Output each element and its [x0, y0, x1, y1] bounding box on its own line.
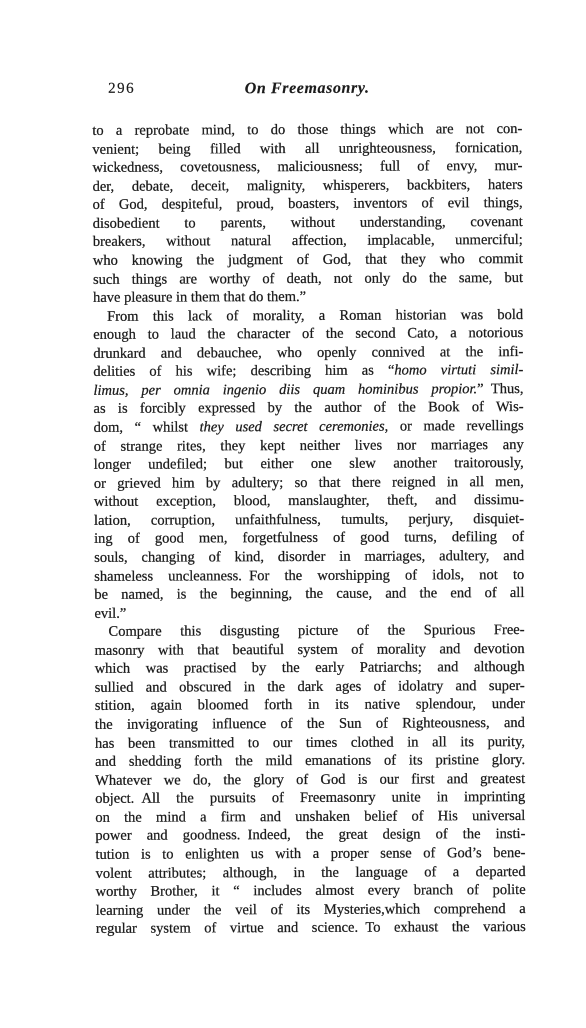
text-line: such things are worthy of death, not onl… — [93, 268, 523, 288]
text-line: or grieved him by adultery; so that ther… — [94, 473, 524, 493]
text-segment: object. All the pursuits of Freemasonry … — [95, 789, 525, 807]
text-line: Compare this disgusting picture of the S… — [94, 621, 524, 641]
book-page: 296 On Freemasonry. to a reprobate mind,… — [0, 0, 586, 1028]
text-line: as is forcibly expressed by the author o… — [94, 398, 524, 418]
text-line: have pleasure in them that do them.” — [93, 287, 523, 307]
text-line: worthy Brother, it “ includes almost eve… — [96, 881, 526, 901]
text-segment: have pleasure in them that do them.” — [93, 289, 306, 306]
text-line: souls, changing of kind, disorder in mar… — [94, 547, 524, 567]
text-segment: From this lack of morality, a Roman hist… — [107, 307, 523, 325]
text-line: venient; being filled with all unrighteo… — [92, 139, 522, 159]
text-line: without exception, blood, manslaughter, … — [94, 491, 524, 511]
text-segment: of God, despiteful, proud, boasters, inv… — [93, 195, 523, 213]
italic-text-segment: limus, per omnia ingenio diis quam homin… — [93, 381, 477, 399]
text-line: volent attributes; although, in the lang… — [96, 862, 526, 882]
page-header: 296 On Freemasonry. — [92, 77, 522, 105]
text-segment: as is forcibly expressed by the author o… — [94, 399, 524, 417]
text-segment: or grieved him by adultery; so that ther… — [94, 474, 524, 492]
text-line: tution is to enlighten us with a proper … — [95, 844, 525, 864]
text-segment: dom, “ whilst — [94, 419, 200, 435]
text-segment: disobedient to parents, without understa… — [93, 214, 523, 232]
text-segment: masonry with that beautiful system of mo… — [95, 641, 525, 659]
text-segment: regular system of virtue and science. To… — [96, 919, 526, 937]
text-line: stition, again bloomed forth in its nati… — [95, 695, 525, 715]
text-segment: ” Thus, — [477, 381, 523, 397]
text-segment: breakers, without natural affection, imp… — [93, 232, 523, 250]
text-line: learning under the veil of its Mysteries… — [96, 900, 526, 920]
text-line: power and goodness. Indeed, the great de… — [95, 825, 525, 845]
text-segment: der, debate, deceit, malignity, whispere… — [93, 177, 523, 195]
text-line: wickedness, covetousness, maliciousness;… — [92, 157, 522, 177]
text-line: shameless uncleanness. For the worshippi… — [94, 565, 524, 585]
text-segment: and shedding forth the mild emanations o… — [95, 752, 525, 770]
text-segment: Whatever we do, the glory of God is our … — [95, 771, 525, 789]
text-segment: shameless uncleanness. For the worshippi… — [94, 566, 524, 584]
text-segment: volent attributes; although, in the lang… — [96, 863, 526, 881]
text-segment: power and goodness. Indeed, the great de… — [95, 826, 525, 844]
text-segment: tution is to enlighten us with a proper … — [95, 845, 525, 863]
text-line: has been transmitted to our times clothe… — [95, 733, 525, 753]
text-line: masonry with that beautiful system of mo… — [95, 640, 525, 660]
text-line: of God, despiteful, proud, boasters, inv… — [93, 194, 523, 214]
text-line: to a reprobate mind, to do those things … — [92, 120, 522, 140]
text-segment: which was practised by the early Patriar… — [95, 659, 525, 677]
text-line: disobedient to parents, without understa… — [93, 213, 523, 233]
text-segment: venient; being filled with all unrighteo… — [92, 140, 522, 158]
text-segment: sullied and obscured in the dark ages of… — [95, 678, 525, 696]
text-line: sullied and obscured in the dark ages of… — [95, 677, 525, 697]
text-segment: stition, again bloomed forth in its nati… — [95, 696, 525, 714]
italic-text-segment: homo virtuti simil- — [394, 362, 523, 379]
italic-text-segment: they used secret ceremonies — [200, 419, 385, 436]
text-line: be named, is the beginning, the cause, a… — [94, 584, 524, 604]
text-line: ing of good men, forgetfulness of good t… — [94, 528, 524, 548]
text-line: enough to laud the character of the seco… — [93, 324, 523, 344]
text-segment: such things are worthy of death, not onl… — [93, 269, 523, 287]
text-segment: who knowing the judgment of God, that th… — [93, 251, 523, 269]
page-text: to a reprobate mind, to do those things … — [92, 120, 526, 939]
text-segment: evil.” — [94, 605, 126, 621]
text-segment: worthy Brother, it “ includes almost eve… — [96, 882, 526, 900]
text-segment: lation, corruption, unfaithfulness, tumu… — [94, 511, 524, 529]
text-segment: the invigorating influence of the Sun of… — [95, 715, 525, 733]
text-line: drunkard and debauchee, who openly conni… — [93, 343, 523, 363]
text-line: object. All the pursuits of Freemasonry … — [95, 788, 525, 808]
text-line: lation, corruption, unfaithfulness, tumu… — [94, 510, 524, 530]
text-segment: drunkard and debauchee, who openly conni… — [93, 344, 523, 362]
text-segment: , or made revellings — [385, 418, 524, 435]
text-line: on the mind a firm and unshaken belief o… — [95, 807, 525, 827]
text-segment: enough to laud the character of the seco… — [93, 325, 523, 343]
text-segment: wickedness, covetousness, maliciousness;… — [92, 158, 522, 176]
text-line: of strange rites, they kept neither live… — [94, 436, 524, 456]
text-line: From this lack of morality, a Roman hist… — [93, 306, 523, 326]
text-segment: of strange rites, they kept neither live… — [94, 437, 524, 455]
text-line: delities of his wife; describing him as … — [93, 361, 523, 381]
text-line: dom, “ whilst they used secret ceremonie… — [94, 417, 524, 437]
running-title: On Freemasonry. — [92, 79, 522, 99]
paragraph: Compare this disgusting picture of the S… — [94, 621, 525, 938]
scanned-sheet: 296 On Freemasonry. to a reprobate mind,… — [0, 0, 586, 1028]
paragraph: From this lack of morality, a Roman hist… — [93, 306, 524, 623]
text-segment: Compare this disgusting picture of the S… — [108, 622, 524, 640]
text-line: breakers, without natural affection, imp… — [93, 231, 523, 251]
text-segment: longer undefiled; but either one slew an… — [94, 455, 524, 473]
text-line: der, debate, deceit, malignity, whispere… — [93, 176, 523, 196]
text-segment: to a reprobate mind, to do those things … — [92, 121, 522, 139]
text-segment: souls, changing of kind, disorder in mar… — [94, 548, 524, 566]
text-line: and shedding forth the mild emanations o… — [95, 751, 525, 771]
text-line: limus, per omnia ingenio diis quam homin… — [93, 380, 523, 400]
text-line: Whatever we do, the glory of God is our … — [95, 770, 525, 790]
text-segment: on the mind a firm and unshaken belief o… — [95, 808, 525, 826]
text-segment: ing of good men, forgetfulness of good t… — [94, 529, 524, 547]
text-segment: be named, is the beginning, the cause, a… — [94, 585, 524, 603]
text-line: who knowing the judgment of God, that th… — [93, 250, 523, 270]
text-segment: without exception, blood, manslaughter, … — [94, 492, 524, 510]
text-segment: learning under the veil of its Mysteries… — [96, 901, 526, 919]
text-line: the invigorating influence of the Sun of… — [95, 714, 525, 734]
paragraph: to a reprobate mind, to do those things … — [92, 120, 523, 307]
text-segment: delities of his wife; describing him as … — [93, 363, 394, 380]
text-segment: has been transmitted to our times clothe… — [95, 734, 525, 752]
text-line: evil.” — [94, 603, 524, 623]
text-line: longer undefiled; but either one slew an… — [94, 454, 524, 474]
text-line: regular system of virtue and science. To… — [96, 918, 526, 938]
text-line: which was practised by the early Patriar… — [95, 658, 525, 678]
